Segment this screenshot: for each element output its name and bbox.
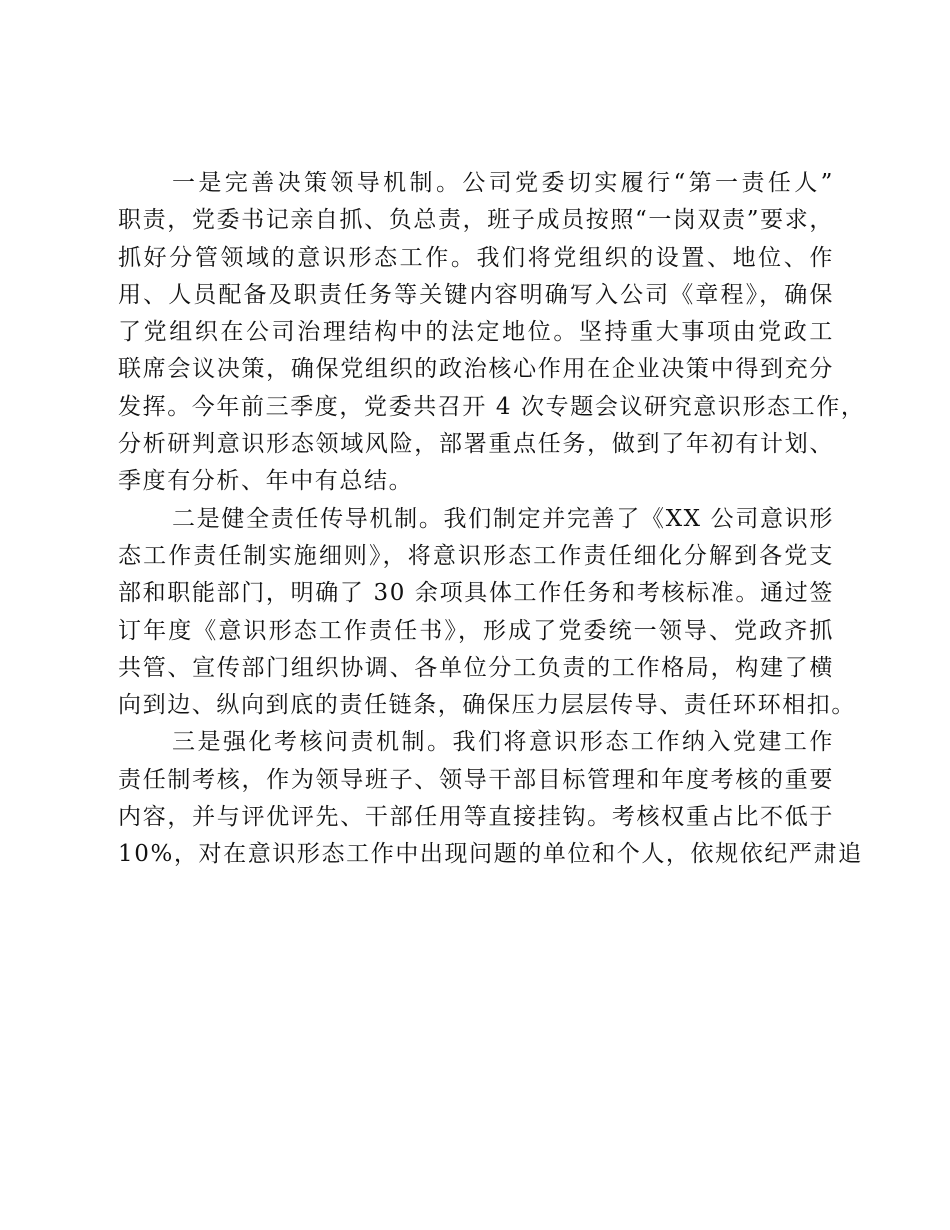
text-line: 用、人员配备及职责任务等关键内容明确写入公司《章程》，确保: [118, 277, 834, 314]
text-line: 共管、宣传部门组织协调、各单位分工负责的工作格局，构建了横: [118, 650, 834, 687]
text-line: 订年度《意识形态工作责任书》，形成了党委统一领导、党政齐抓: [118, 613, 834, 650]
text-line: 抓好分管领域的意识形态工作。我们将党组织的设置、地位、作: [118, 240, 834, 277]
text-line: 部和职能部门，明确了 30 余项具体工作任务和考核标准。通过签: [118, 575, 834, 612]
text-line: 内容，并与评优评先、干部任用等直接挂钩。考核权重占比不低于: [118, 799, 834, 836]
text-line: 向到边、纵向到底的责任链条，确保压力层层传导、责任环环相扣。: [118, 687, 834, 724]
text-line: 发挥。今年前三季度，党委共召开 4 次专题会议研究意识形态工作，: [118, 389, 834, 426]
text-line: 二是健全责任传导机制。我们制定并完善了《XX 公司意识形: [118, 501, 834, 538]
text-line: 态工作责任制实施细则》，将意识形态工作责任细化分解到各党支: [118, 538, 834, 575]
text-line: 10%，对在意识形态工作中出现问题的单位和个人，依规依纪严肃追: [118, 836, 834, 873]
paragraph-assessment-accountability: 三是强化考核问责机制。我们将意识形态工作纳入党建工作 责任制考核，作为领导班子、…: [118, 724, 834, 873]
text-line: 职责，党委书记亲自抓、负总责，班子成员按照“一岗双责”要求，: [118, 202, 834, 239]
text-line: 一是完善决策领导机制。公司党委切实履行“第一责任人”: [118, 165, 834, 202]
paragraph-responsibility-transmission: 二是健全责任传导机制。我们制定并完善了《XX 公司意识形 态工作责任制实施细则》…: [118, 501, 834, 725]
text-line: 了党组织在公司治理结构中的法定地位。坚持重大事项由党政工: [118, 314, 834, 351]
document-page: 一是完善决策领导机制。公司党委切实履行“第一责任人” 职责，党委书记亲自抓、负总…: [0, 0, 950, 1230]
paragraph-decision-leadership: 一是完善决策领导机制。公司党委切实履行“第一责任人” 职责，党委书记亲自抓、负总…: [118, 165, 834, 501]
text-line: 三是强化考核问责机制。我们将意识形态工作纳入党建工作: [118, 724, 834, 761]
text-line: 责任制考核，作为领导班子、领导干部目标管理和年度考核的重要: [118, 762, 834, 799]
document-body: 一是完善决策领导机制。公司党委切实履行“第一责任人” 职责，党委书记亲自抓、负总…: [118, 165, 834, 874]
text-line: 分析研判意识形态领域风险，部署重点任务，做到了年初有计划、: [118, 426, 834, 463]
text-line: 季度有分析、年中有总结。: [118, 463, 834, 500]
text-line: 联席会议决策，确保党组织的政治核心作用在企业决策中得到充分: [118, 351, 834, 388]
